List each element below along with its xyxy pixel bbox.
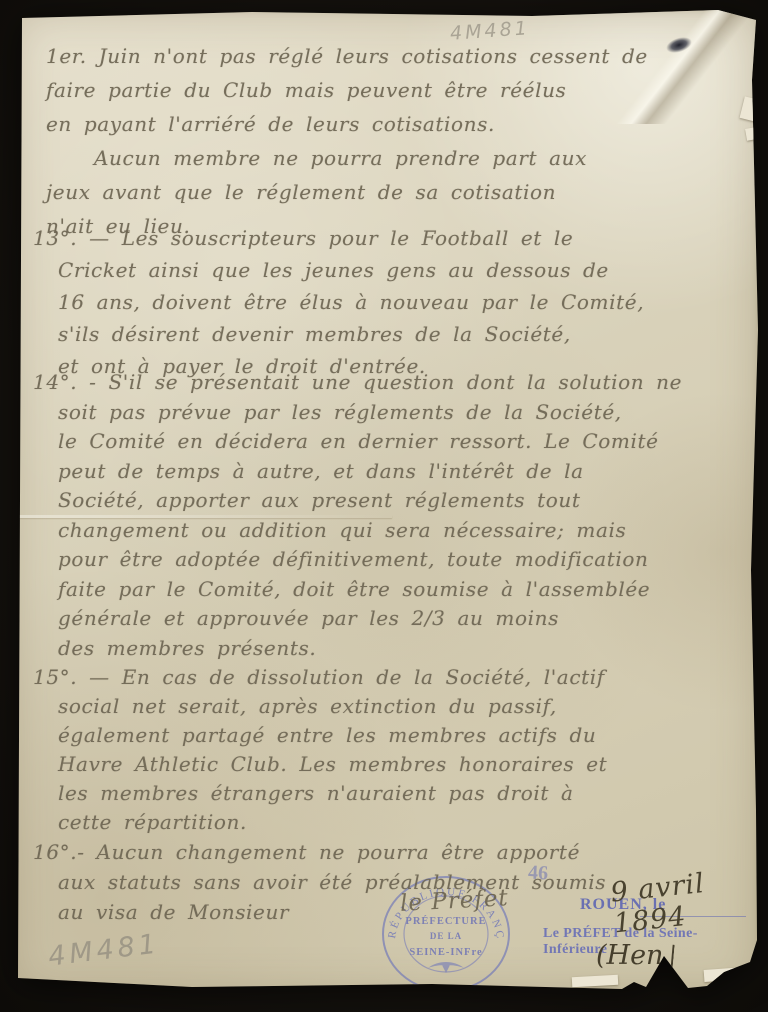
handwritten-line: soit pas prévue par les réglements de la… — [58, 400, 748, 430]
handwritten-line: 14°. - S'il se présentait une question d… — [33, 370, 748, 400]
handwritten-line: jeux avant que le réglement de sa cotisa… — [46, 180, 748, 214]
article-14: 14°. - S'il se présentait une question d… — [58, 370, 748, 665]
paper-sheet: RÉPUBLIQUE FRANÇAISE PRÉFECTURE DE LA SE… — [12, 10, 758, 995]
handwritten-line: Aucun membre ne pourra prendre part aux — [94, 146, 748, 180]
paragraph-intro: 1er. Juin n'ont pas réglé leurs cotisati… — [58, 44, 748, 248]
stamp-line3: SEINE-INFre — [409, 947, 482, 958]
article-13: 13°. — Les souscripteurs pour le Footbal… — [58, 226, 748, 386]
handwritten-line: peut de temps à autre, et dans l'intérêt… — [58, 459, 748, 489]
handwritten-line: générale et approuvée par les 2/3 au moi… — [58, 606, 748, 636]
paper-wrap: RÉPUBLIQUE FRANÇAISE PRÉFECTURE DE LA SE… — [12, 10, 758, 995]
handwritten-line: changement ou addition qui sera nécessai… — [58, 518, 748, 548]
handwritten-line: Cricket ainsi que les jeunes gens au des… — [58, 258, 748, 290]
handwritten-line: Havre Athletic Club. Les membres honorai… — [58, 752, 748, 781]
handwritten-line: 16 ans, doivent être élus à nouveau par … — [58, 290, 748, 322]
handwritten-line: pour être adoptée définitivement, toute … — [58, 547, 748, 577]
handwritten-line: en payant l'arriéré de leurs cotisations… — [46, 112, 748, 146]
handwritten-line: également partagé entre les membres acti… — [58, 723, 748, 752]
handwritten-line: faire partie du Club mais peuvent être r… — [46, 78, 748, 112]
article-15: 15°. — En cas de dissolution de la Socié… — [58, 665, 748, 839]
prefect-signature: (Hen — [596, 940, 663, 971]
handwritten-line: 1er. Juin n'ont pas réglé leurs cotisati… — [46, 44, 748, 78]
handwritten-line: le Comité en décidera en dernier ressort… — [58, 429, 748, 459]
handwritten-line: des membres présents. — [58, 636, 748, 666]
handwritten-line: Société, apporter aux present réglements… — [58, 488, 748, 518]
handwritten-line: 16°.- Aucun changement ne pourra être ap… — [33, 840, 748, 870]
handwritten-line: les membres étrangers n'auraient pas dro… — [58, 781, 748, 810]
archive-code-top: 4M481 — [449, 17, 530, 45]
handwritten-line: cette répartition. — [58, 810, 748, 839]
handwritten-line: s'ils désirent devenir membres de la Soc… — [58, 322, 748, 354]
paper-tear — [745, 127, 757, 141]
scan-background: RÉPUBLIQUE FRANÇAISE PRÉFECTURE DE LA SE… — [0, 0, 768, 1012]
stamp-eagle-ornament — [428, 962, 464, 973]
archive-code-bottom: 4M481 — [47, 928, 162, 972]
paper-tear — [572, 975, 618, 987]
paper-tear — [704, 966, 763, 982]
stamp-line2: DE LA — [430, 931, 462, 941]
handwritten-line: 15°. — En cas de dissolution de la Socié… — [33, 665, 748, 694]
handwritten-line: faite par le Comité, doit être soumise à… — [58, 577, 748, 607]
handwritten-line: 13°. — Les souscripteurs pour le Footbal… — [33, 226, 748, 258]
handwritten-line: social net serait, après extinction du p… — [58, 694, 748, 723]
